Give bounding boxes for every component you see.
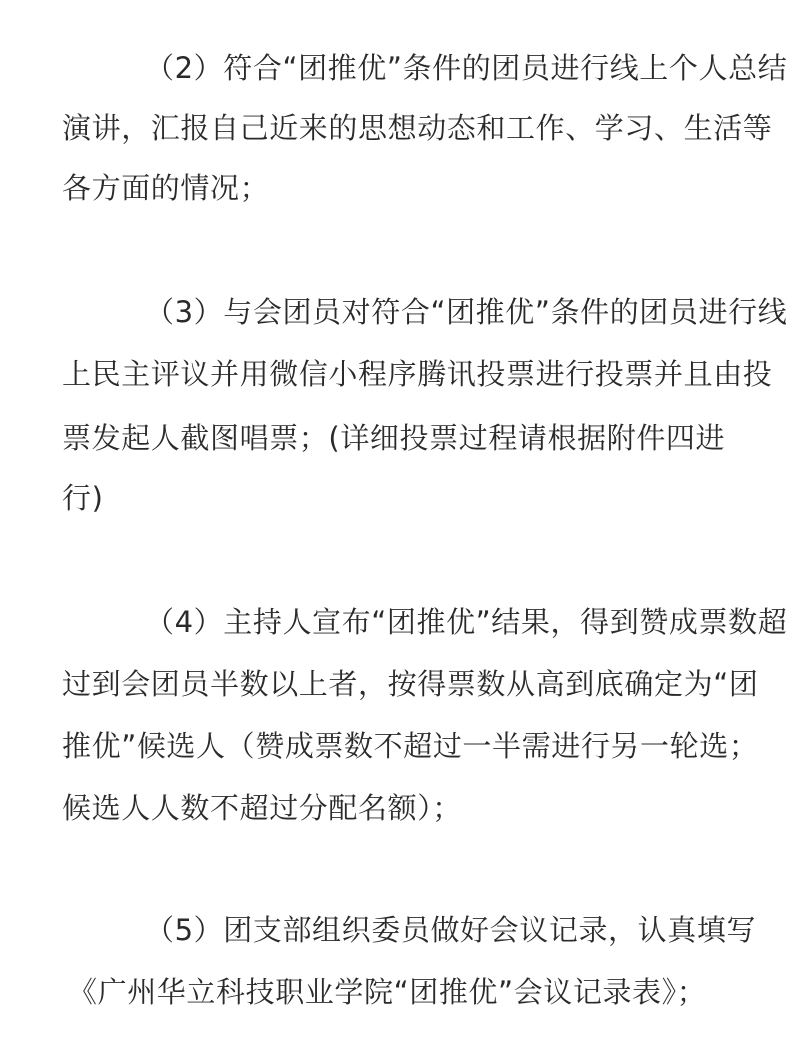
paragraph-3-line-1: （3）与会团员对符合“团推优”条件的团员进行线 (145, 292, 787, 332)
paragraph-3-line-2: 上民主评议并用微信小程序腾讯投票进行投票并且由投 (62, 354, 772, 394)
paragraph-4-line-3: 推优”候选人（赞成票数不超过一半需进行另一轮选； (62, 726, 758, 766)
paragraph-3-line-4: 行) (62, 478, 104, 518)
paragraph-5-line-2: 《广州华立科技职业学院“团推优”会议记录表》； (68, 972, 706, 1012)
paragraph-3-line-3: 票发起人截图唱票；(详细投票过程请根据附件四进 (62, 418, 725, 458)
paragraph-4-line-2: 过到会团员半数以上者，按得票数从高到底确定为“团 (62, 664, 758, 704)
document-page: （2）符合“团推优”条件的团员进行线上个人总结 演讲，汇报自己近来的思想动态和工… (0, 0, 799, 1054)
paragraph-5-line-1: （5）团支部组织委员做好会议记录，认真填写 (145, 910, 756, 950)
paragraph-4-line-1: （4）主持人宣布“团推优”结果，得到赞成票数超 (145, 602, 787, 642)
paragraph-2-line-1: （2）符合“团推优”条件的团员进行线上个人总结 (145, 48, 787, 88)
paragraph-2-line-3: 各方面的情况； (62, 168, 269, 208)
paragraph-2-line-2: 演讲，汇报自己近来的思想动态和工作、学习、生活等 (62, 108, 772, 148)
paragraph-4-line-4: 候选人人数不超过分配名额）； (62, 788, 462, 828)
